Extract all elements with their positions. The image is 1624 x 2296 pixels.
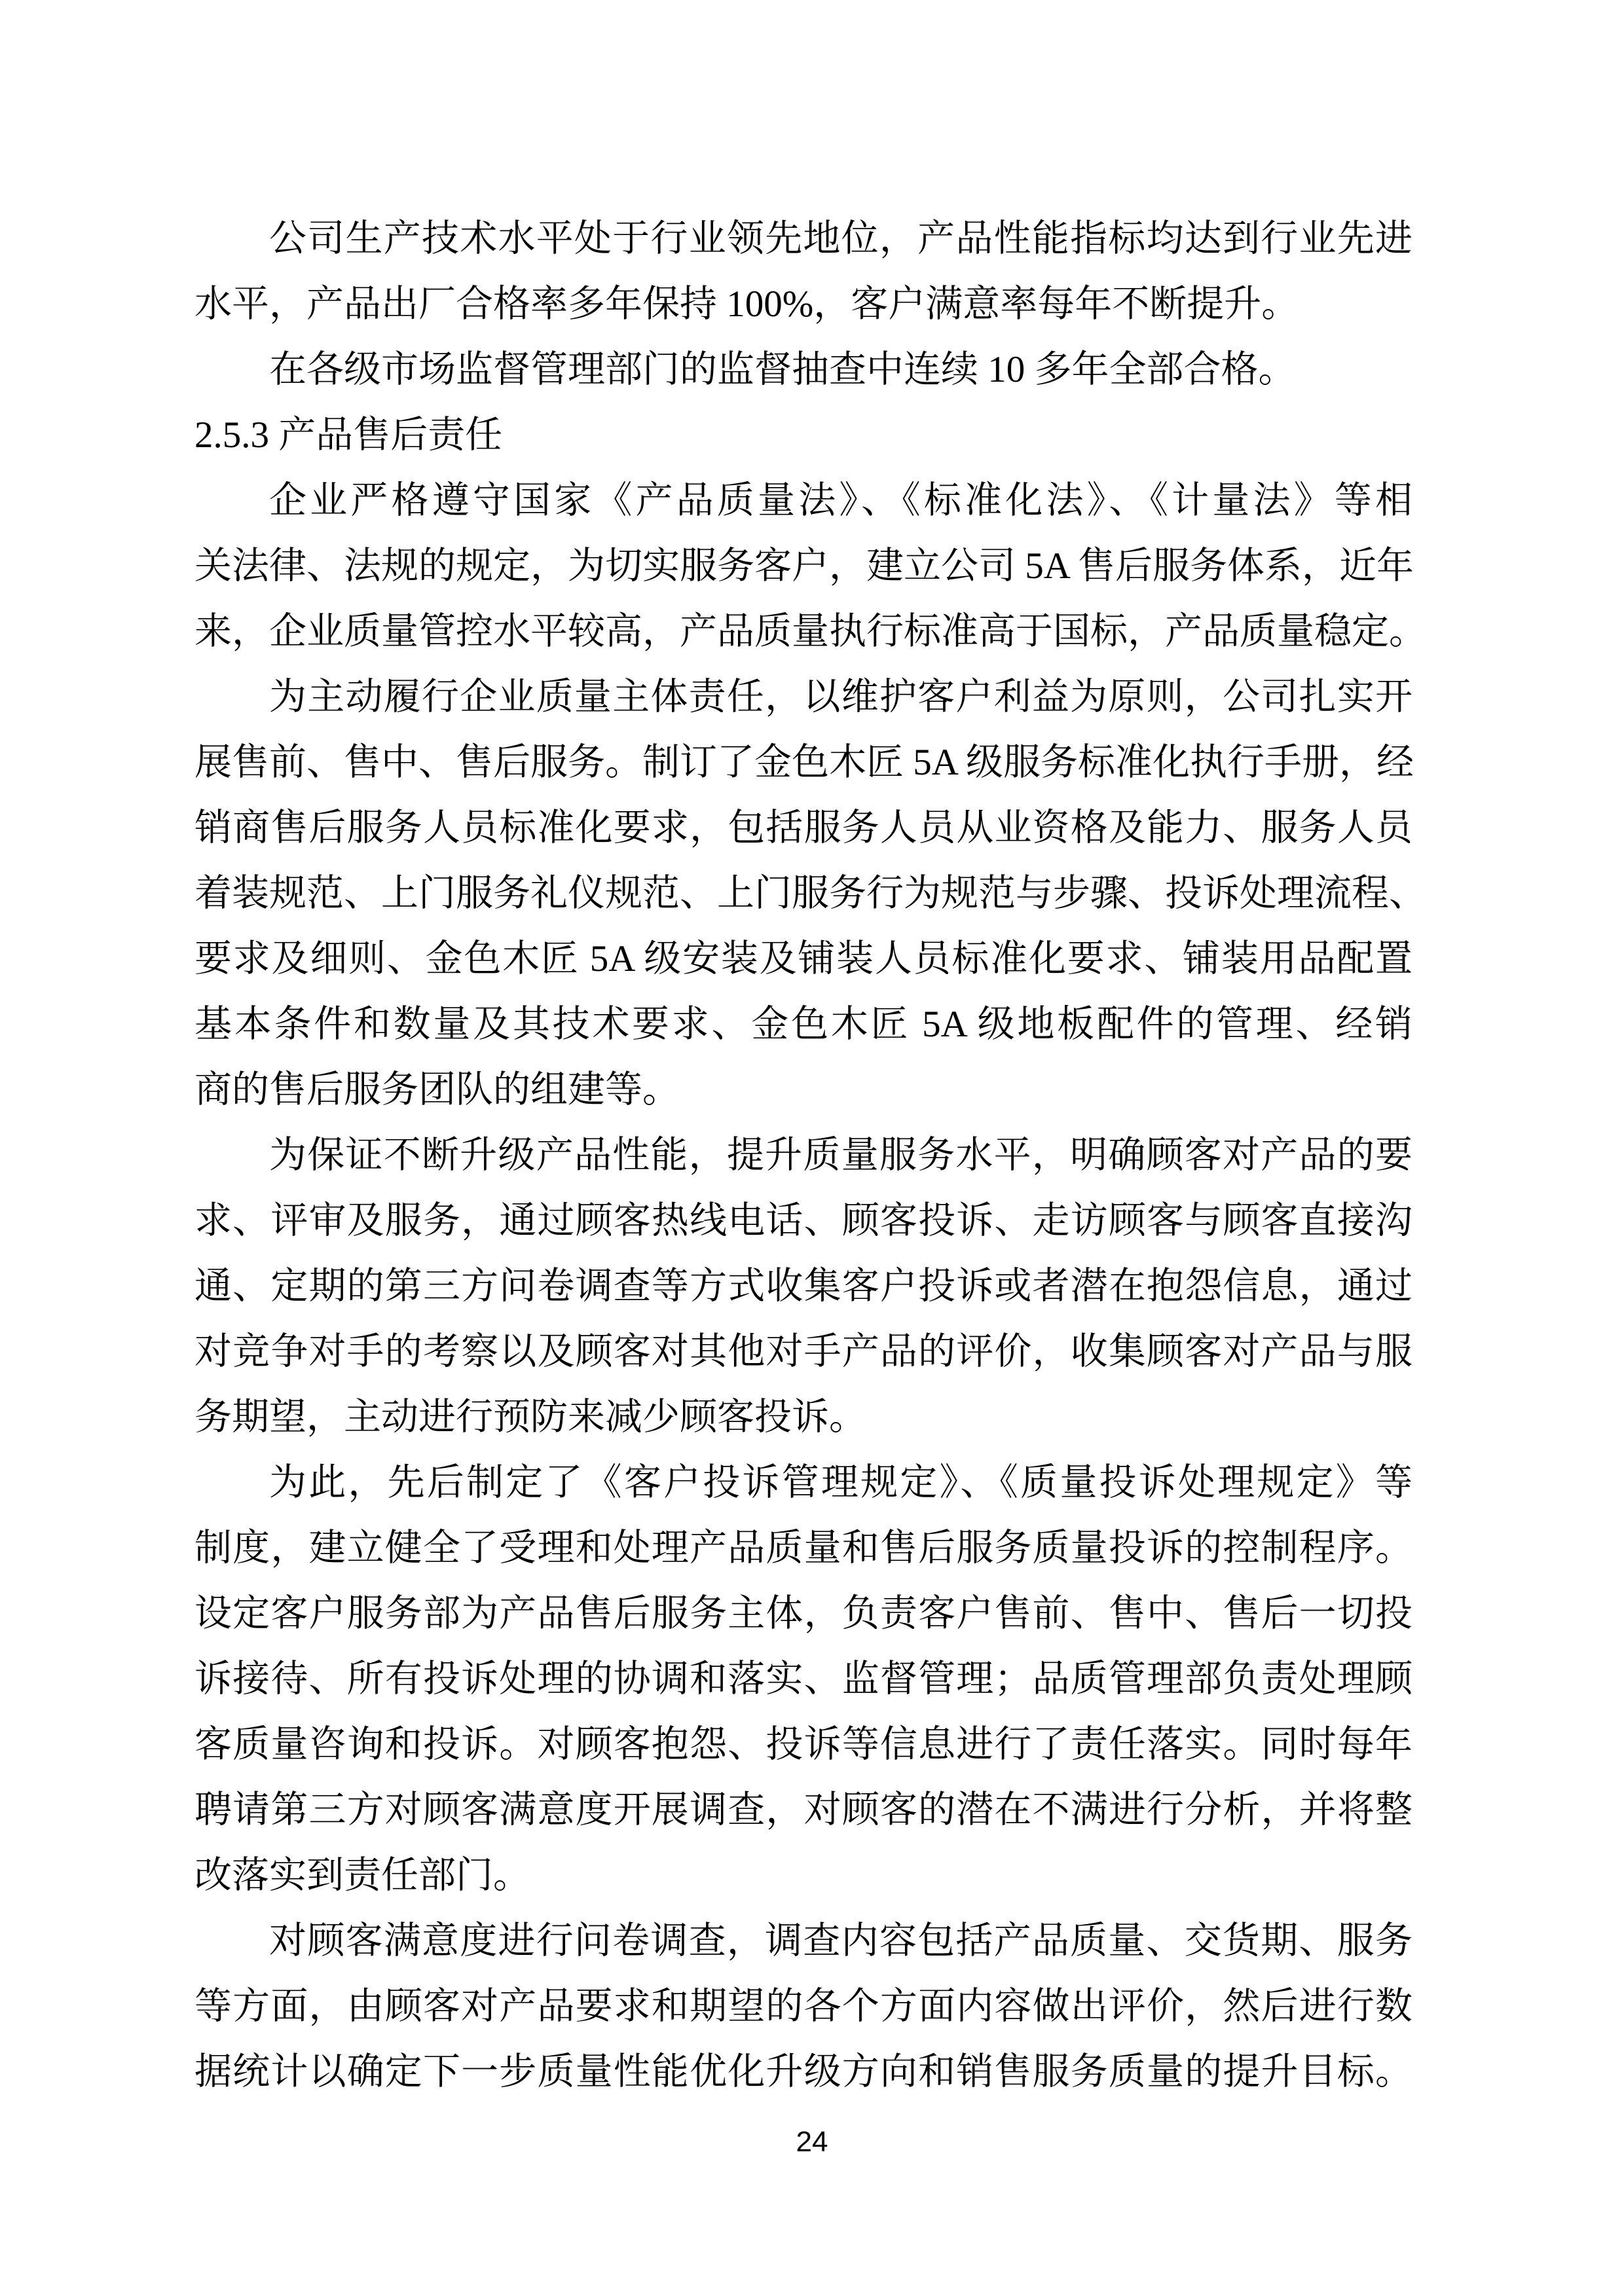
text-line: 制度，建立健全了受理和处理产品质量和售后服务质量投诉的控制程序。 (194, 1516, 1412, 1581)
section-heading: 2.5.3 产品售后责任 (194, 403, 1412, 468)
text-line: 求、评审及服务，通过顾客热线电话、顾客投诉、走访顾客与顾客直接沟 (194, 1188, 1412, 1254)
text-line: 为此，先后制定了《客户投诉管理规定》、《质量投诉处理规定》等 (194, 1450, 1412, 1516)
text-line: 对竞争对手的考察以及顾客对其他对手产品的评价，收集顾客对产品与服 (194, 1319, 1412, 1385)
text-line: 关法律、法规的规定，为切实服务客户，建立公司 5A 售后服务体系，近年 (194, 534, 1412, 599)
text-line: 为保证不断升级产品性能，提升质量服务水平，明确顾客对产品的要 (194, 1123, 1412, 1188)
text-line: 基本条件和数量及其技术要求、金色木匠 5A 级地板配件的管理、经销 (194, 992, 1412, 1057)
text-line: 着装规范、上门服务礼仪规范、上门服务行为规范与步骤、投诉处理流程、 (194, 861, 1412, 926)
text-line: 对顾客满意度进行问卷调查，调查内容包括产品质量、交货期、服务 (194, 1908, 1412, 1974)
text-line: 商的售后服务团队的组建等。 (194, 1057, 1412, 1123)
text-line: 等方面，由顾客对产品要求和期望的各个方面内容做出评价，然后进行数 (194, 1974, 1412, 2039)
text-line: 聘请第三方对顾客满意度开展调查，对顾客的潜在不满进行分析，并将整 (194, 1777, 1412, 1843)
text-line: 为主动履行企业质量主体责任，以维护客户利益为原则，公司扎实开 (194, 665, 1412, 730)
text-line: 客质量咨询和投诉。对顾客抱怨、投诉等信息进行了责任落实。同时每年 (194, 1712, 1412, 1777)
text-line: 来，企业质量管控水平较高，产品质量执行标准高于国标，产品质量稳定。 (194, 599, 1412, 665)
text-block: 公司生产技术水平处于行业领先地位，产品性能指标均达到行业先进水平，产品出厂合格率… (194, 206, 1412, 2105)
text-line: 改落实到责任部门。 (194, 1843, 1412, 1908)
text-line: 展售前、售中、售后服务。制订了金色木匠 5A 级服务标准化执行手册，经 (194, 730, 1412, 795)
text-line: 水平，产品出厂合格率多年保持 100%，客户满意率每年不断提升。 (194, 272, 1412, 337)
text-line: 在各级市场监督管理部门的监督抽查中连续 10 多年全部合格。 (194, 337, 1412, 403)
text-line: 据统计以确定下一步质量性能优化升级方向和销售服务质量的提升目标。 (194, 2039, 1412, 2105)
text-line: 设定客户服务部为产品售后服务主体，负责客户售前、售中、售后一切投 (194, 1581, 1412, 1647)
text-line: 通、定期的第三方问卷调查等方式收集客户投诉或者潜在抱怨信息，通过 (194, 1254, 1412, 1319)
text-line: 要求及细则、金色木匠 5A 级安装及铺装人员标准化要求、铺装用品配置 (194, 926, 1412, 992)
document-page: 公司生产技术水平处于行业领先地位，产品性能指标均达到行业先进水平，产品出厂合格率… (0, 0, 1624, 2296)
text-line: 务期望，主动进行预防来减少顾客投诉。 (194, 1385, 1412, 1450)
text-line: 公司生产技术水平处于行业领先地位，产品性能指标均达到行业先进 (194, 206, 1412, 272)
text-line: 销商售后服务人员标准化要求，包括服务人员从业资格及能力、服务人员 (194, 795, 1412, 861)
text-line: 企业严格遵守国家《产品质量法》、《标准化法》、《计量法》等相 (194, 468, 1412, 534)
page-number: 24 (0, 2126, 1624, 2158)
text-line: 诉接待、所有投诉处理的协调和落实、监督管理；品质管理部负责处理顾 (194, 1647, 1412, 1712)
